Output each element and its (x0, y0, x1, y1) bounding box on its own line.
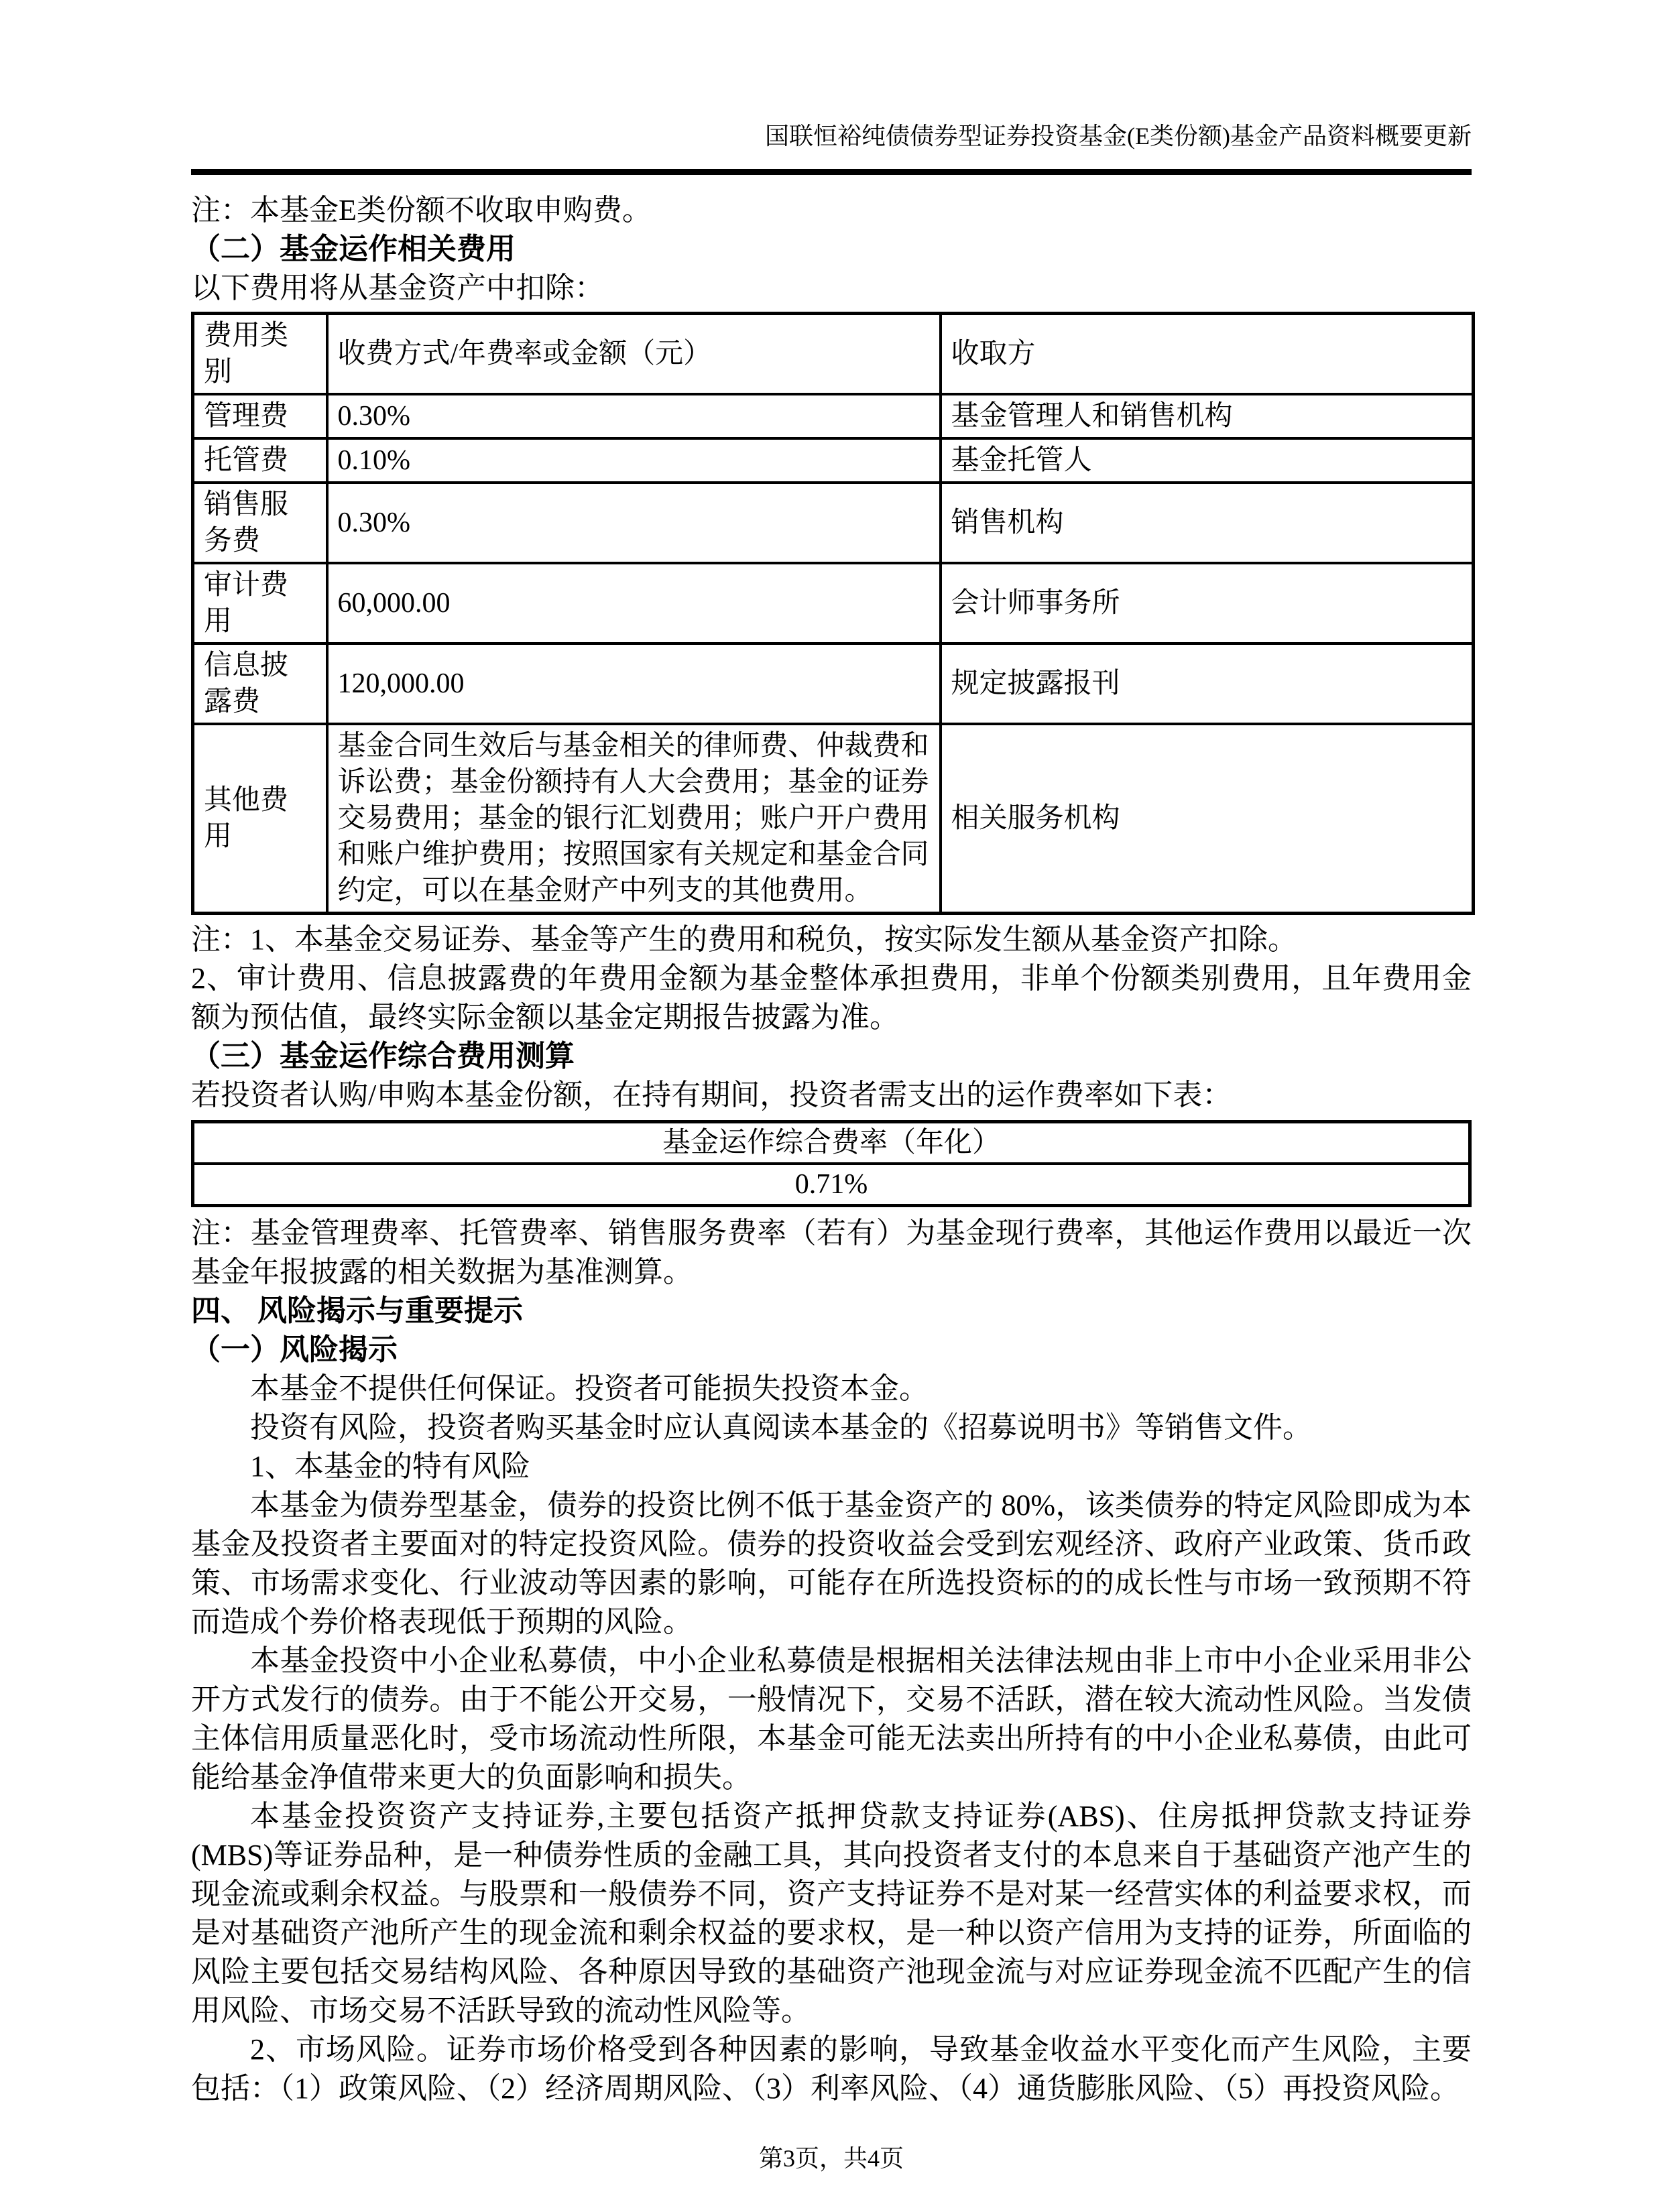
fee-category: 信息披露费 (193, 643, 327, 724)
rate-table-header: 基金运作综合费率（年化） (193, 1122, 1470, 1164)
rate-table-value-row: 0.71% (193, 1164, 1470, 1206)
fee-table-header-method: 收费方式/年费率或金额（元） (327, 314, 941, 395)
fee-table-note-1: 注：1、本基金交易证券、基金等产生的费用和税负，按实际发生额从基金资产扣除。 (191, 920, 1472, 959)
risk-disclosure-subheading: （一）风险揭示 (191, 1331, 1472, 1369)
risk-paragraph: 本基金不提供任何保证。投资者可能损失投资本金。 (191, 1369, 1472, 1408)
rate-table-value: 0.71% (193, 1164, 1470, 1206)
document-body: 注：本基金E类份额不收取申购费。 （二）基金运作相关费用 以下费用将从基金资产中… (191, 191, 1472, 2108)
risk-paragraph: 1、本基金的特有风险 (191, 1447, 1472, 1486)
risk-paragraph: 本基金投资资产支持证券,主要包括资产抵押贷款支持证券(ABS)、住房抵押贷款支持… (191, 1797, 1472, 2030)
fee-table-header-collector: 收取方 (941, 314, 1474, 395)
fee-table-row: 管理费 0.30% 基金管理人和销售机构 (193, 394, 1474, 438)
purchase-fee-note: 注：本基金E类份额不收取申购费。 (191, 191, 1472, 230)
risk-paragraph: 2、市场风险。证券市场价格受到各种因素的影响，导致基金收益水平变化而产生风险，主… (191, 2030, 1472, 2108)
fee-table-row: 托管费 0.10% 基金托管人 (193, 438, 1474, 483)
document-header-title: 国联恒裕纯债债券型证券投资基金(E类份额)基金产品资料概要更新 (191, 121, 1472, 151)
composite-rate-table: 基金运作综合费率（年化） 0.71% (191, 1120, 1472, 1207)
page-number-footer: 第3页，共4页 (191, 2143, 1472, 2174)
document-page: 国联恒裕纯债债券型证券投资基金(E类份额)基金产品资料概要更新 注：本基金E类份… (0, 0, 1666, 2212)
fee-method: 0.30% (327, 394, 941, 438)
rate-table-header-row: 基金运作综合费率（年化） (193, 1122, 1470, 1164)
fee-table-header-row: 费用类别 收费方式/年费率或金额（元） 收取方 (193, 314, 1474, 395)
fee-collector: 基金管理人和销售机构 (941, 394, 1474, 438)
fee-method: 60,000.00 (327, 563, 941, 643)
fee-collector: 相关服务机构 (941, 724, 1474, 914)
fee-table-lead: 以下费用将从基金资产中扣除： (191, 269, 1472, 308)
header-rule (191, 169, 1472, 175)
fee-category: 托管费 (193, 438, 327, 483)
fee-method: 120,000.00 (327, 643, 941, 724)
section2-heading: （二）基金运作相关费用 (191, 230, 1472, 269)
risk-paragraph: 本基金为债券型基金，债券的投资比例不低于基金资产的 80%，该类债券的特定风险即… (191, 1486, 1472, 1642)
fee-category: 销售服务费 (193, 483, 327, 563)
fee-category: 管理费 (193, 394, 327, 438)
fee-collector: 规定披露报刊 (941, 643, 1474, 724)
fee-collector: 基金托管人 (941, 438, 1474, 483)
section4-heading: 四、 风险揭示与重要提示 (191, 1292, 1472, 1331)
fee-table-row: 其他费用 基金合同生效后与基金相关的律师费、仲裁费和诉讼费；基金份额持有人大会费… (193, 724, 1474, 914)
risk-paragraph: 本基金投资中小企业私募债，中小企业私募债是根据相关法律法规由非上市中小企业采用非… (191, 1642, 1472, 1797)
fee-table-row: 信息披露费 120,000.00 规定披露报刊 (193, 643, 1474, 724)
fee-category: 其他费用 (193, 724, 327, 914)
risk-paragraph: 投资有风险，投资者购买基金时应认真阅读本基金的《招募说明书》等销售文件。 (191, 1408, 1472, 1447)
fee-collector: 会计师事务所 (941, 563, 1474, 643)
fee-table-row: 审计费用 60,000.00 会计师事务所 (193, 563, 1474, 643)
page-number: 第3页，共4页 (759, 2145, 904, 2172)
fund-operation-fee-table: 费用类别 收费方式/年费率或金额（元） 收取方 管理费 0.30% 基金管理人和… (191, 312, 1475, 915)
fee-table-row: 销售服务费 0.30% 销售机构 (193, 483, 1474, 563)
fee-category: 审计费用 (193, 563, 327, 643)
fee-table-header-category: 费用类别 (193, 314, 327, 395)
fee-table-note-2: 2、审计费用、信息披露费的年费用金额为基金整体承担费用，非单个份额类别费用，且年… (191, 959, 1472, 1037)
section3-heading: （三）基金运作综合费用测算 (191, 1037, 1472, 1076)
fee-method: 基金合同生效后与基金相关的律师费、仲裁费和诉讼费；基金份额持有人大会费用；基金的… (327, 724, 941, 914)
fee-method: 0.10% (327, 438, 941, 483)
rate-table-lead: 若投资者认购/申购本基金份额，在持有期间，投资者需支出的运作费率如下表： (191, 1076, 1472, 1115)
page-header: 国联恒裕纯债债券型证券投资基金(E类份额)基金产品资料概要更新 (191, 121, 1472, 175)
rate-table-note: 注：基金管理费率、托管费率、销售服务费率（若有）为基金现行费率，其他运作费用以最… (191, 1214, 1472, 1292)
fee-collector: 销售机构 (941, 483, 1474, 563)
fee-method: 0.30% (327, 483, 941, 563)
